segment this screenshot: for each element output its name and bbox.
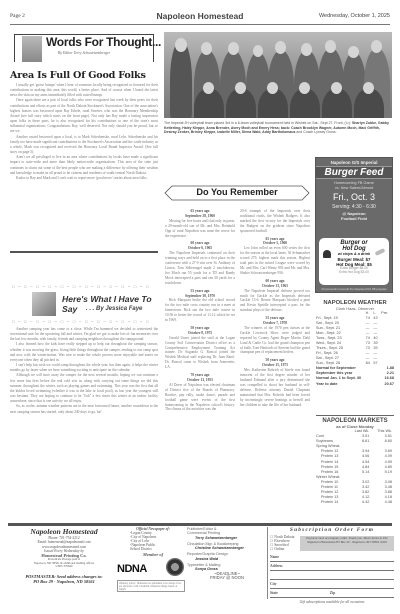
city-field[interactable]: City xyxy=(270,581,394,589)
last-week: 4.42 xyxy=(349,500,372,505)
paragraph: Aren't we all privileged to live in an a… xyxy=(10,155,158,176)
weather-table: H L Pre. Fri., Sept. 197443 Sat., Sept. … xyxy=(316,311,394,366)
gift-note: Gift subscriptions available for all occ… xyxy=(270,600,394,604)
entry-text: Leo John rolled an even 600 series the f… xyxy=(240,246,310,275)
ad-sponsor: Napoleon G/S Imperial xyxy=(316,160,392,165)
paragraph: I usually get 'goose bumps' when I hear … xyxy=(10,83,158,98)
column-byline: . . . By Jessica Faye xyxy=(86,306,142,312)
decorative-border-top: □ ~ □ ~ □ ~ □ ~ □ ~ □ ~ □ ~ □ ~ □ ~ □ ~ … xyxy=(12,284,156,289)
subscription-order-form: Subscription Order Form ☐ North Dakota ☐… xyxy=(270,527,394,533)
state-seal-icon xyxy=(166,558,184,576)
ad-game-info: Homecoming FB Game vs. New Salem/Almont xyxy=(316,181,392,190)
paper-name: Napoleon Homestead xyxy=(8,527,120,536)
entry-text: The Napoleon Imperial defense proved too… xyxy=(240,289,310,314)
team-photo xyxy=(164,32,392,118)
paragraph: Another award bestowed upon a local, is … xyxy=(10,135,158,156)
markets-box: NAPOLEON MARKETS as of Close Monday Last… xyxy=(316,415,394,505)
official-list: -Logan County -City of Napoleon -City of… xyxy=(122,531,184,551)
heres-what-header: □ ~ □ ~ □ ~ □ ~ □ ~ □ ~ □ ~ □ ~ □ ~ □ ~ … xyxy=(10,284,158,324)
ad-opponent-line: vs. New Salem/Almont xyxy=(316,186,392,191)
words-for-thought-header: Words For Thought... By Editor Terry Sch… xyxy=(10,32,158,62)
ad-date: Fri., Oct. 3 xyxy=(316,192,392,202)
burger-icon xyxy=(323,250,331,258)
columnist-photo xyxy=(32,292,56,316)
obituary-policy: Obituary policy: Obituaries are publishe… xyxy=(117,580,185,592)
field-label: Name xyxy=(270,555,279,559)
editorial-article: Area Is Full Of Good Folks I usually get… xyxy=(10,70,158,181)
ad-location-line: Football Field xyxy=(316,217,392,222)
extra-hotdog: Extra Hot Dog $3.00 xyxy=(319,271,389,275)
rate-option[interactable]: ☐ Online xyxy=(270,547,296,551)
editor-photo xyxy=(22,36,42,62)
caption-lead: The Imperial JH volleyball team placed 3… xyxy=(164,121,351,125)
official-item: School District xyxy=(130,547,184,551)
paragraph: Although we will store away the camper f… xyxy=(10,373,158,404)
staff-name: Christine Schwartzenberger xyxy=(187,546,267,550)
banner-title: Do You Remember xyxy=(164,187,310,197)
article-title: Area Is Full Of Good Folks xyxy=(10,70,158,81)
entry-text: Mrs. Katherine Rohrich of Steele was fou… xyxy=(240,368,310,407)
state-zip-field[interactable]: StateZip xyxy=(270,590,394,598)
burger-feed-ad: Napoleon G/S Imperial Burger Feed Homeco… xyxy=(315,157,393,293)
postmaster-notice: POSTMASTER: Send address changes to: PO … xyxy=(8,574,120,584)
staff-name: Jessica Wald xyxy=(187,557,267,561)
ad-title: Burger Feed xyxy=(316,166,392,179)
caption-back-label: back: xyxy=(281,126,290,130)
paragraph: Kudos to Ray and Mark and I can't wait t… xyxy=(10,176,158,181)
ad-proceeds-note: All proceeds to benefit the Napoleon/GS … xyxy=(318,288,390,291)
name-field[interactable]: Name xyxy=(270,554,394,562)
column-body: Another camping year has come to a close… xyxy=(10,327,158,415)
ad-menu-box: Burger or Hot Dog w/ chips & a drink Bur… xyxy=(319,238,389,285)
issue-date: Wednesday, October 1, 2025 xyxy=(319,13,390,19)
footer-divider xyxy=(8,523,392,526)
market-row: Protein 144.424.48 xyxy=(316,500,394,505)
footer-vertical-divider xyxy=(267,527,268,599)
summary-label: September this year xyxy=(316,371,352,375)
paragraph: Once again there are a pair of local fol… xyxy=(10,98,158,134)
staff-name: Terry Schwartzenberger xyxy=(187,536,267,540)
official-newspaper-of: Official Newspaper of: -Logan County -Ci… xyxy=(122,527,184,557)
ad-serving-time: Serving: 4:30 - 6:30 xyxy=(316,204,392,210)
entry-text: The Napoleon Imperials continued on thei… xyxy=(165,251,235,285)
column-heading: Words For Thought... xyxy=(46,35,161,49)
page-header: Page 2 Napoleon Homestead Wednesday, Oct… xyxy=(10,11,390,25)
entry-text: Rick Marquart broke the old school recor… xyxy=(165,298,235,323)
paragraph: I can't help but wish we could camp thro… xyxy=(10,363,158,373)
weather-box: NAPOLEON WEATHER Clark Haas, Observer H … xyxy=(316,300,394,387)
usps-number: USPS 379940 xyxy=(8,565,120,569)
remember-column-left: 65 years ago September 28, 1960 Missing … xyxy=(165,209,235,415)
decorative-border-bottom: □ ~ □ ~ □ ~ □ ~ □ ~ □ ~ □ ~ □ ~ □ ~ □ ~ … xyxy=(12,319,156,324)
form-title: Subscription Order Form xyxy=(270,527,394,533)
markets-table: Last Wk.This Wk. Corn3.513.51 Soybeans8.… xyxy=(316,429,394,505)
ad-location: @ Napoleon Football Field xyxy=(316,212,392,222)
summary-label: Normal Jan. 1 to Sept. 30 xyxy=(316,376,361,380)
deadline-value: FRIDAY @ NOON xyxy=(187,576,267,581)
section-divider xyxy=(10,251,158,253)
paragraph: I also learned how the kids have really … xyxy=(10,342,158,363)
paragraph: So, as cooler, autumn weather patterns a… xyxy=(10,404,158,414)
field-label: City xyxy=(270,582,277,586)
entry-text: Missing for five hours and clad only in … xyxy=(165,219,235,239)
caption-end: and Coach Lynsey Gross. xyxy=(296,130,336,134)
payment-note: Payment must accompany order. Thank you.… xyxy=(300,536,394,551)
remember-column-right: 20-6 triumph of the Imperials over their… xyxy=(240,209,310,410)
field-label: Address xyxy=(270,564,283,568)
this-week: 4.48 xyxy=(371,500,394,505)
field-label: State xyxy=(270,591,278,595)
commodity: Protein 14 xyxy=(316,500,349,505)
entry-text: Al Doerr of Napoleon was elected chairma… xyxy=(165,383,235,412)
form-fields: Name Address City StateZip Gift subscrip… xyxy=(270,554,394,604)
address-field-2[interactable] xyxy=(270,572,394,580)
postmaster-address: PO Box 29 - Napoleon, ND 58561 xyxy=(8,579,120,584)
entry-text: The winners of the 1970 pen classes at t… xyxy=(240,326,310,355)
photo-caption: The Imperial JH volleyball team placed 3… xyxy=(164,121,392,135)
menu-extras: Extra Burger $5.00 Extra Hot Dog $3.00 xyxy=(319,267,389,275)
entry-text: 20-6 triumph of the Imperials over their… xyxy=(240,209,310,234)
rate-label: Online xyxy=(274,547,284,551)
entry-text: Gerald Unser joined the staff at the Log… xyxy=(165,336,235,370)
paragraph: Another camping year has come to a close… xyxy=(10,327,158,342)
summary-value: 20.67 xyxy=(384,382,394,387)
column-byline: By Editor Terry Schwartzenberger xyxy=(58,51,110,55)
precip-summary: Year to date20.67 xyxy=(316,382,394,387)
summary-label: Normal for September xyxy=(316,366,356,370)
subscription-rates: ☐ North Dakota ☐ Elsewhere ☐ Snowbird ☐ … xyxy=(270,535,296,551)
ndna-logo: NDNA xyxy=(117,563,157,575)
publication-info: Napoleon Homestead Phone: 701-754-2212 E… xyxy=(8,527,120,584)
article-body: I usually get 'goose bumps' when I hear … xyxy=(10,83,158,181)
do-you-remember-banner: Do You Remember xyxy=(164,185,310,201)
field-label: Zip xyxy=(330,591,335,595)
member-of-label: Member of xyxy=(122,553,184,557)
staff-list: Publisher/Editor & Commercial Printing T… xyxy=(187,527,267,581)
address-field[interactable]: Address xyxy=(270,563,394,571)
summary-label: Year to date xyxy=(316,382,338,386)
checkbox-icon[interactable]: ☐ xyxy=(270,547,273,551)
